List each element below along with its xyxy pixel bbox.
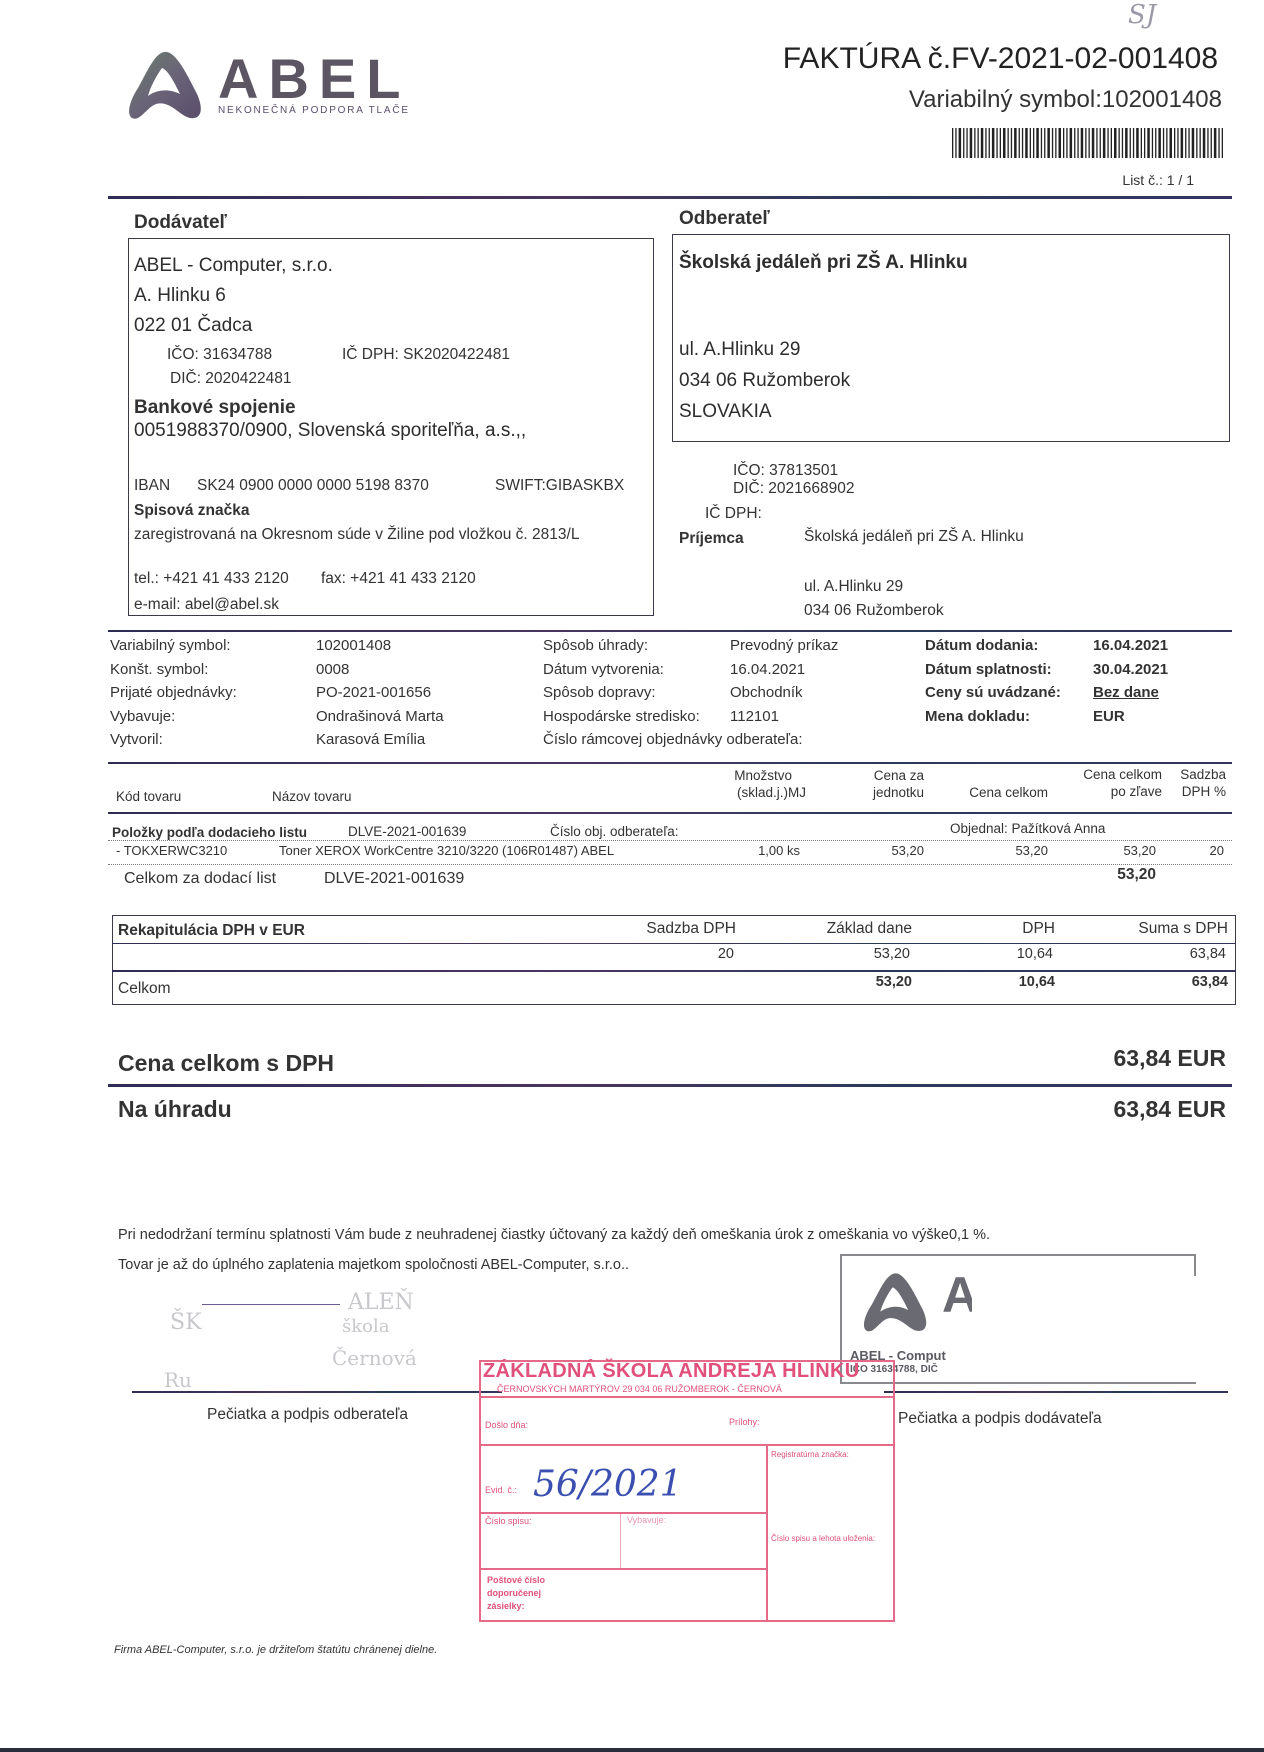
vat-col-header: Sadzba DPH [620,920,736,938]
vat-total-base: 53,20 [810,974,912,990]
vat-header-divider [112,943,1236,944]
stamp-vdivider [766,1444,768,1622]
detail-value: Prevodný príkaz [730,637,838,654]
customer-stamp-fragment: ALEŇ [348,1290,414,1315]
group-ordered-by: Objednal: Pažítková Anna [950,821,1105,836]
stamp-number-handwritten: 56/2021 [533,1464,683,1505]
handwritten-initials: SJ [1128,0,1156,30]
late-fee-note: Pri nedodržaní termínu splatnosti Vám bu… [118,1227,990,1243]
subtotal-delivery-note: DLVE-2021-001639 [324,870,464,888]
customer-signature-label: Pečiatka a podpis odberateľa [207,1406,408,1424]
customer-stamp-fragment: Ru [164,1368,192,1392]
detail-label: Konšt. symbol: [110,661,208,678]
total-with-vat-label: Cena celkom s DPH [118,1050,334,1077]
detail-label: Vybavuje: [110,708,175,725]
customer-stamp-fragment: Černová [332,1346,417,1370]
stamp-file-label: Číslo spisu: [485,1516,532,1526]
col-header-total: Cena celkom [940,785,1048,800]
swift-value: SWIFT:GIBASKBX [495,477,624,495]
customer-heading: Odberateľ [679,208,770,230]
supplier-dic: DIČ: 2020422481 [170,370,292,388]
vat-cell: 53,20 [800,946,910,962]
detail-value: Bez dane [1093,684,1159,701]
registry-stamp-subtitle: ČERNOVSKÝCH MARTÝROV 29 034 06 RUŽOMBERO… [497,1384,782,1394]
detail-label: Dátum dodania: [925,637,1038,654]
supplier-street: A. Hlinku 6 [134,285,226,307]
detail-label: Mena dokladu: [925,708,1030,725]
detail-value: EUR [1093,708,1125,725]
col-header-name: Názov tovaru [272,789,352,804]
detail-label: Dátum splatnosti: [925,661,1052,678]
col-header-unit-line2: jednotku [840,784,924,801]
customer-stamp-line [202,1304,340,1305]
stamp-number-label: Evid. č.: [485,1485,517,1495]
supplier-city: 022 01 Čadca [134,315,252,337]
supplier-signature-line [884,1391,1228,1393]
detail-value: Obchodník [730,684,803,701]
col-header-vat-rate: Sadzba DPH % [1166,766,1226,800]
detail-label: Prijaté objednávky: [110,684,237,701]
stamp-divider [479,1512,767,1514]
col-header-qty-line2: (sklad.j.)MJ [700,784,806,801]
footer-note: Firma ABEL-Computer, s.r.o. je držiteľom… [114,1644,437,1656]
supplier-name: ABEL - Computer, s.r.o. [134,255,333,277]
supplier-tel: tel.: +421 41 433 2120 [134,570,289,588]
col-header-unit-price: Cena za jednotku [840,767,924,801]
detail-label: Ceny sú uvádzané: [925,684,1061,701]
item-unit-price: 53,20 [840,843,924,858]
vat-summary-title: Rekapitulácia DPH v EUR [118,922,305,940]
group-label: Položky podľa dodacieho listu [112,825,307,840]
detail-value: 16.04.2021 [1093,637,1168,654]
customer-ic-dph: IČ DPH: [705,505,762,523]
vat-total-sum: 63,84 [1120,974,1228,990]
supplier-heading: Dodávateľ [134,212,227,234]
supplier-ic-dph: IČ DPH: SK2020422481 [342,346,510,364]
col-header-discount-total: Cena celkom po zľave [1040,766,1162,800]
detail-label: Hospodárske stredisko: [543,708,700,725]
ownership-note: Tovar je až do úplného zaplatenia majetk… [118,1257,629,1273]
sheet-number: List č.: 1 / 1 [1122,172,1194,188]
customer-stamp: ŠK ALEŇ škola Ru Černová [160,1288,430,1388]
detail-label: Spôsob úhrady: [543,637,648,654]
col-header-qty: Množstvo (sklad.j.)MJ [700,767,806,801]
item-code: - TOKXERWC3210 [116,843,227,858]
variable-symbol-heading: Variabilný symbol:102001408 [909,86,1222,114]
bank-heading: Bankové spojenie [134,397,296,419]
vat-total-divider [112,970,1236,972]
stamp-postal-line3: zásielky: [487,1600,545,1613]
group-divider [108,840,1232,841]
stamp-postal-line1: Poštové číslo [487,1574,545,1587]
vat-cell: 10,64 [960,946,1053,962]
detail-value: PO-2021-001656 [316,684,431,701]
supplier-stamp-redaction [972,1276,1202,1382]
stamp-divider [479,1396,895,1398]
vat-total-vat: 10,64 [960,974,1055,990]
details-bottom-divider [108,762,1232,764]
col-header-vat-line1: Sadzba [1166,766,1226,783]
items-bottom-divider [108,864,1232,865]
customer-city: 034 06 Ružomberok [679,370,850,392]
logo-tagline: NEKONEČNÁ PODPORA TLAČE [218,105,410,116]
logo-wordmark: ABEL [218,46,410,111]
item-qty: 1,00 ks [700,843,800,858]
detail-label: Variabilný symbol: [110,637,231,654]
item-total: 53,20 [940,843,1048,858]
stamp-postal-label: Poštové číslo doporučenej zásielky: [487,1574,545,1613]
recipient-label: Príjemca [679,530,744,548]
registry-stamp-title: ZÁKLADNÁ ŠKOLA ANDREJA HLINKU [483,1360,859,1383]
stamp-attachments-label: Prílohy: [729,1417,760,1427]
subtotal-label: Celkom za dodací list [124,870,276,888]
col-header-vat-line2: DPH % [1166,783,1226,800]
col-header-disc-line1: Cena celkom [1040,766,1162,783]
stamp-reg-mark-label: Registratúrna značka: [771,1450,849,1459]
supplier-email: e-mail: abel@abel.sk [134,596,279,614]
vat-col-header: DPH [960,920,1055,938]
vat-cell: 63,84 [1110,946,1226,962]
vat-col-header: Suma s DPH [1110,920,1228,938]
totals-divider [108,1084,1232,1087]
col-header-code: Kód tovaru [116,789,181,804]
abel-logo-icon [126,48,206,124]
items-header-divider [108,812,1232,814]
item-name: Toner XEROX WorkCentre 3210/3220 (106R01… [279,843,614,858]
customer-country: SLOVAKIA [679,401,772,423]
header-divider [108,196,1232,199]
recipient-name: Školská jedáleň pri ZŠ A. Hlinku [804,528,1024,546]
col-header-disc-line2: po zľave [1040,783,1162,800]
stamp-retention-label: Číslo spisu a lehota uloženia: [771,1532,891,1546]
vat-col-header: Základ dane [800,920,912,938]
detail-value: 16.04.2021 [730,661,805,678]
recipient-street: ul. A.Hlinku 29 [804,578,903,596]
detail-value: Ondrašinová Marta [316,708,444,725]
detail-value: Karasová Emília [316,731,425,748]
invoice-title: FAKTÚRA č.FV-2021-02-001408 [783,42,1218,76]
to-pay-label: Na úhradu [118,1096,232,1123]
stamp-divider [479,1444,895,1446]
customer-stamp-fragment: ŠK [170,1310,202,1335]
bank-account: 0051988370/0900, Slovenská sporiteľňa, a… [134,420,526,442]
supplier-signature-label: Pečiatka a podpis dodávateľa [898,1410,1102,1428]
item-vat-rate: 20 [1166,843,1224,858]
detail-label: Vytvoril: [110,731,163,748]
vat-cell: 20 [620,946,734,962]
details-top-divider [108,630,1232,632]
stamp-disposal-label: Vybavuje: [627,1515,666,1525]
recipient-city: 034 06 Ružomberok [804,602,944,620]
supplier-ico: IČO: 31634788 [167,346,272,364]
group-delivery-note: DLVE-2021-001639 [348,824,466,839]
detail-label: Spôsob dopravy: [543,684,656,701]
stamp-postal-line2: doporučenej [487,1587,545,1600]
registry-stamp: ZÁKLADNÁ ŠKOLA ANDREJA HLINKU ČERNOVSKÝC… [479,1360,895,1622]
detail-value: 102001408 [316,637,391,654]
customer-dic: DIČ: 2021668902 [733,480,855,498]
detail-label: Číslo rámcovej objednávky odberateľa: [543,731,803,748]
supplier-stamp-logo-icon [860,1270,932,1336]
item-total-discount: 53,20 [1040,843,1156,858]
customer-signature-line [132,1391,502,1393]
registry-heading: Spisová značka [134,502,249,520]
iban-value: SK24 0900 0000 0000 5198 8370 [197,477,429,495]
stamp-vdivider [620,1512,621,1568]
stamp-divider [479,1568,767,1570]
customer-ico: IČO: 37813501 [733,462,838,480]
detail-value: 30.04.2021 [1093,661,1168,678]
total-with-vat-value: 63,84 EUR [1000,1045,1226,1072]
group-order-label: Číslo obj. odberateľa: [550,824,679,839]
scan-bottom-edge [0,1748,1264,1752]
supplier-fax: fax: +421 41 433 2120 [321,570,476,588]
vat-total-label: Celkom [118,980,171,998]
to-pay-value: 63,84 EUR [1000,1096,1226,1123]
detail-value: 0008 [316,661,349,678]
barcode-icon [952,128,1226,158]
subtotal-value: 53,20 [1060,866,1156,884]
customer-street: ul. A.Hlinku 29 [679,339,800,361]
iban-label: IBAN [134,477,170,495]
stamp-received-label: Došlo dňa: [485,1420,528,1430]
detail-label: Dátum vytvorenia: [543,661,664,678]
col-header-qty-line1: Množstvo [700,767,806,784]
col-header-unit-line1: Cena za [840,767,924,784]
customer-name: Školská jedáleň pri ZŠ A. Hlinku [679,252,968,274]
registry-text: zaregistrovaná na Okresnom súde v Žiline… [134,526,579,544]
customer-stamp-fragment: škola [342,1316,389,1337]
detail-value: 112101 [730,708,779,725]
